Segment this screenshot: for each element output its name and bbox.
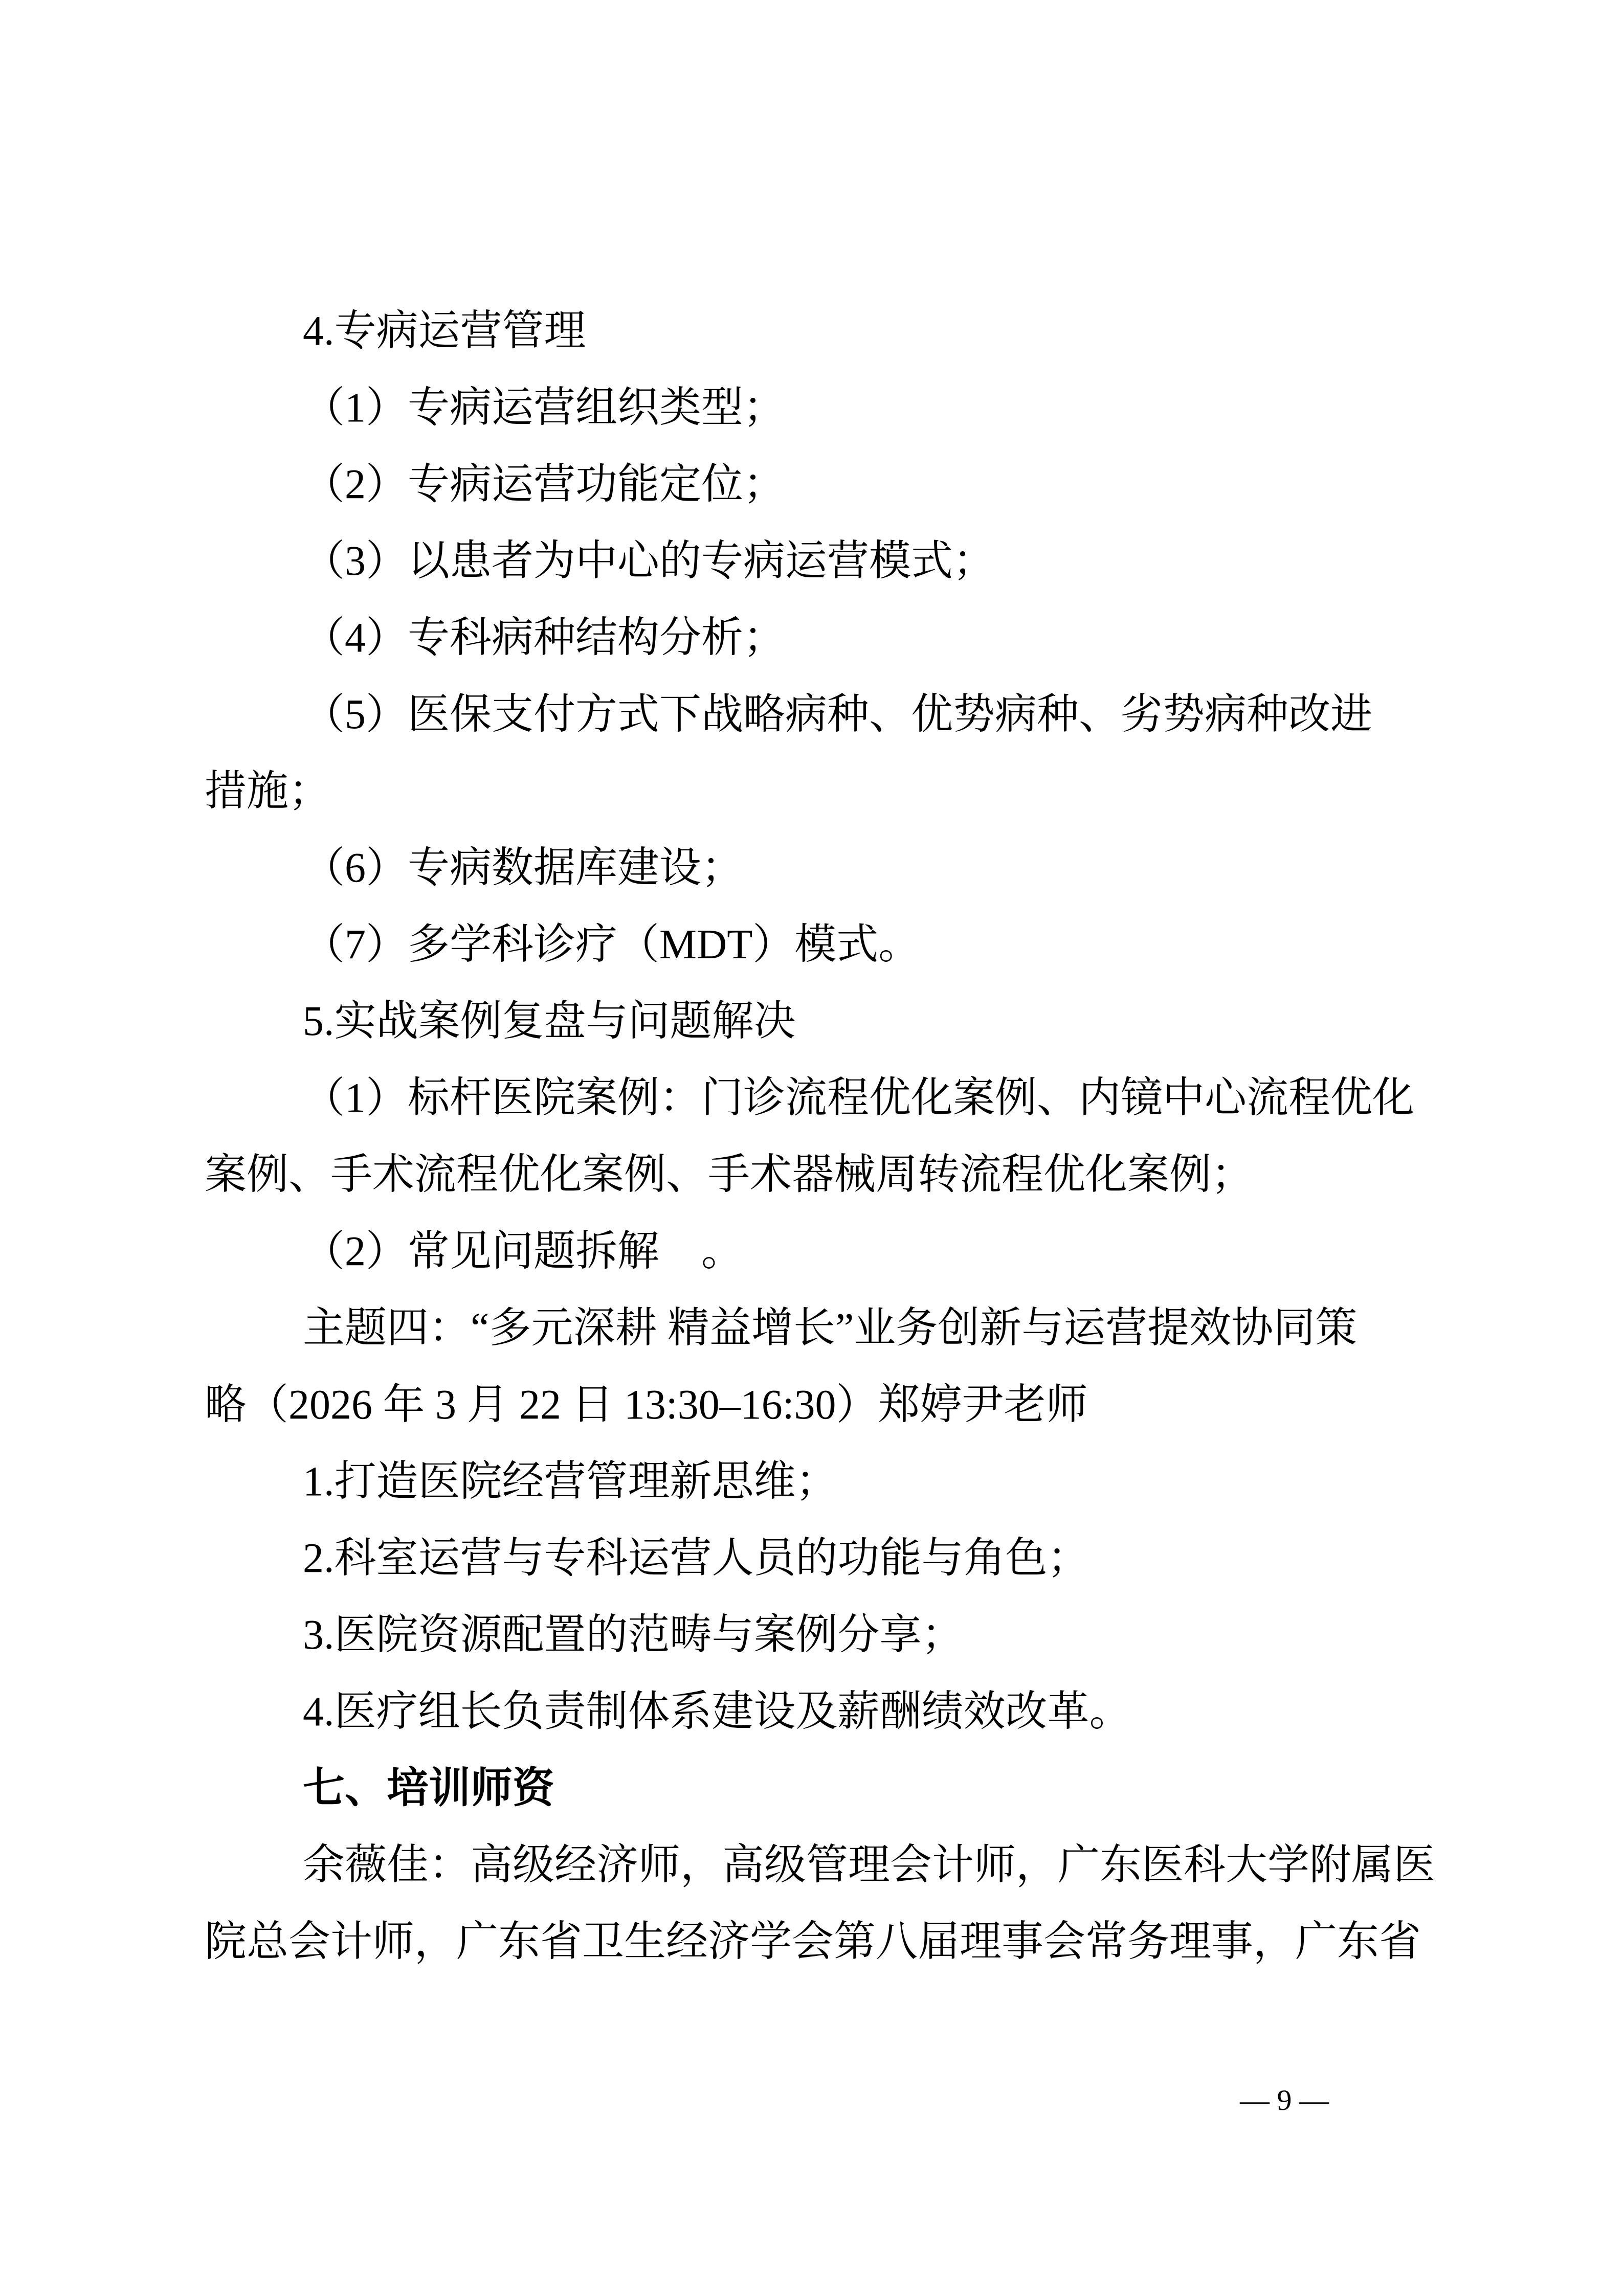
- document-body: 4.专病运营管理（1）专病运营组织类型；（2）专病运营功能定位；（3）以患者为中…: [205, 292, 1432, 1980]
- text-line: 主题四：“多元深耕 精益增长”业务创新与运营提效协同策: [205, 1290, 1432, 1366]
- text-line: 5.实战案例复盘与问题解决: [205, 983, 1432, 1060]
- text-line: （6）专病数据库建设；: [205, 829, 1432, 906]
- text-line: 余薇佳：高级经济师，高级管理会计师，广东医科大学附属医: [205, 1827, 1432, 1903]
- text-line: 4.医疗组长负责制体系建设及薪酬绩效改革。: [205, 1673, 1432, 1750]
- text-line: （2）常见问题拆解 。: [205, 1213, 1432, 1290]
- text-line: 4.专病运营管理: [205, 292, 1432, 369]
- text-line: （1）专病运营组织类型；: [205, 369, 1432, 446]
- document-page: 4.专病运营管理（1）专病运营组织类型；（2）专病运营功能定位；（3）以患者为中…: [0, 0, 1624, 2296]
- text-line: 3.医院资源配置的范畴与案例分享；: [205, 1596, 1432, 1673]
- text-line: 2.科室运营与专科运营人员的功能与角色；: [205, 1520, 1432, 1596]
- text-line: （2）专病运营功能定位；: [205, 446, 1432, 523]
- text-line: （4）专科病种结构分析；: [205, 599, 1432, 676]
- text-line: （7）多学科诊疗（MDT）模式。: [205, 906, 1432, 983]
- text-line: 院总会计师，广东省卫生经济学会第八届理事会常务理事，广东省: [205, 1903, 1432, 1980]
- text-line: 略（2026 年 3 月 22 日 13:30–16:30）郑婷尹老师: [205, 1366, 1432, 1443]
- text-line: （3）以患者为中心的专病运营模式；: [205, 523, 1432, 599]
- text-line: （5）医保支付方式下战略病种、优势病种、劣势病种改进: [205, 676, 1432, 753]
- text-line: 案例、手术流程优化案例、手术器械周转流程优化案例；: [205, 1136, 1432, 1213]
- page-number: — 9 —: [1240, 2082, 1329, 2118]
- text-line: （1）标杆医院案例：门诊流程优化案例、内镜中心流程优化: [205, 1060, 1432, 1136]
- text-line: 措施；: [205, 753, 1432, 829]
- section-heading: 七、培训师资: [205, 1750, 1432, 1827]
- text-line: 1.打造医院经营管理新思维；: [205, 1443, 1432, 1520]
